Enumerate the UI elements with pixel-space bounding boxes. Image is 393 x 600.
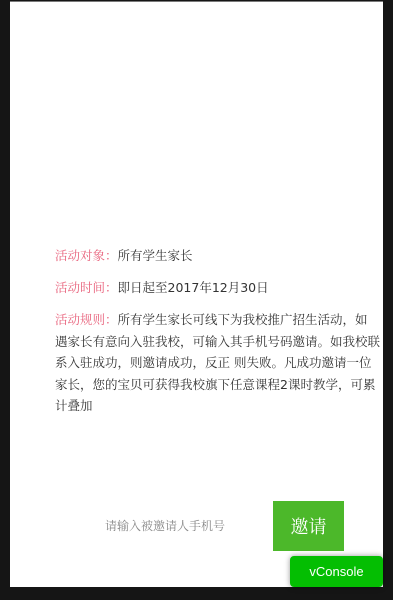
invitee-phone-input[interactable] [70,511,260,541]
vconsole-button[interactable]: vConsole [290,556,383,587]
activity-info: 活动对象：所有学生家长 活动时间：即日起至2017年12月30日 活动规则：所有… [55,245,380,428]
activity-target-row: 活动对象：所有学生家长 [55,245,380,266]
activity-time-value: 即日起至2017年12月30日 [118,280,269,295]
invite-button[interactable]: 邀请 [273,501,344,551]
activity-time-label: 活动时间： [55,280,118,295]
page-container: 活动对象：所有学生家长 活动时间：即日起至2017年12月30日 活动规则：所有… [10,1,383,587]
activity-rules-row: 活动规则：所有学生家长可线下为我校推广招生活动，如遇家长有意向入驻我校，可输入其… [55,309,380,417]
activity-rules-value: 所有学生家长可线下为我校推广招生活动，如遇家长有意向入驻我校，可输入其手机号码邀… [55,312,380,413]
activity-target-value: 所有学生家长 [118,248,193,263]
activity-rules-label: 活动规则： [55,312,118,327]
invite-form: 邀请 [10,501,383,551]
activity-time-row: 活动时间：即日起至2017年12月30日 [55,277,380,298]
activity-target-label: 活动对象： [55,248,118,263]
